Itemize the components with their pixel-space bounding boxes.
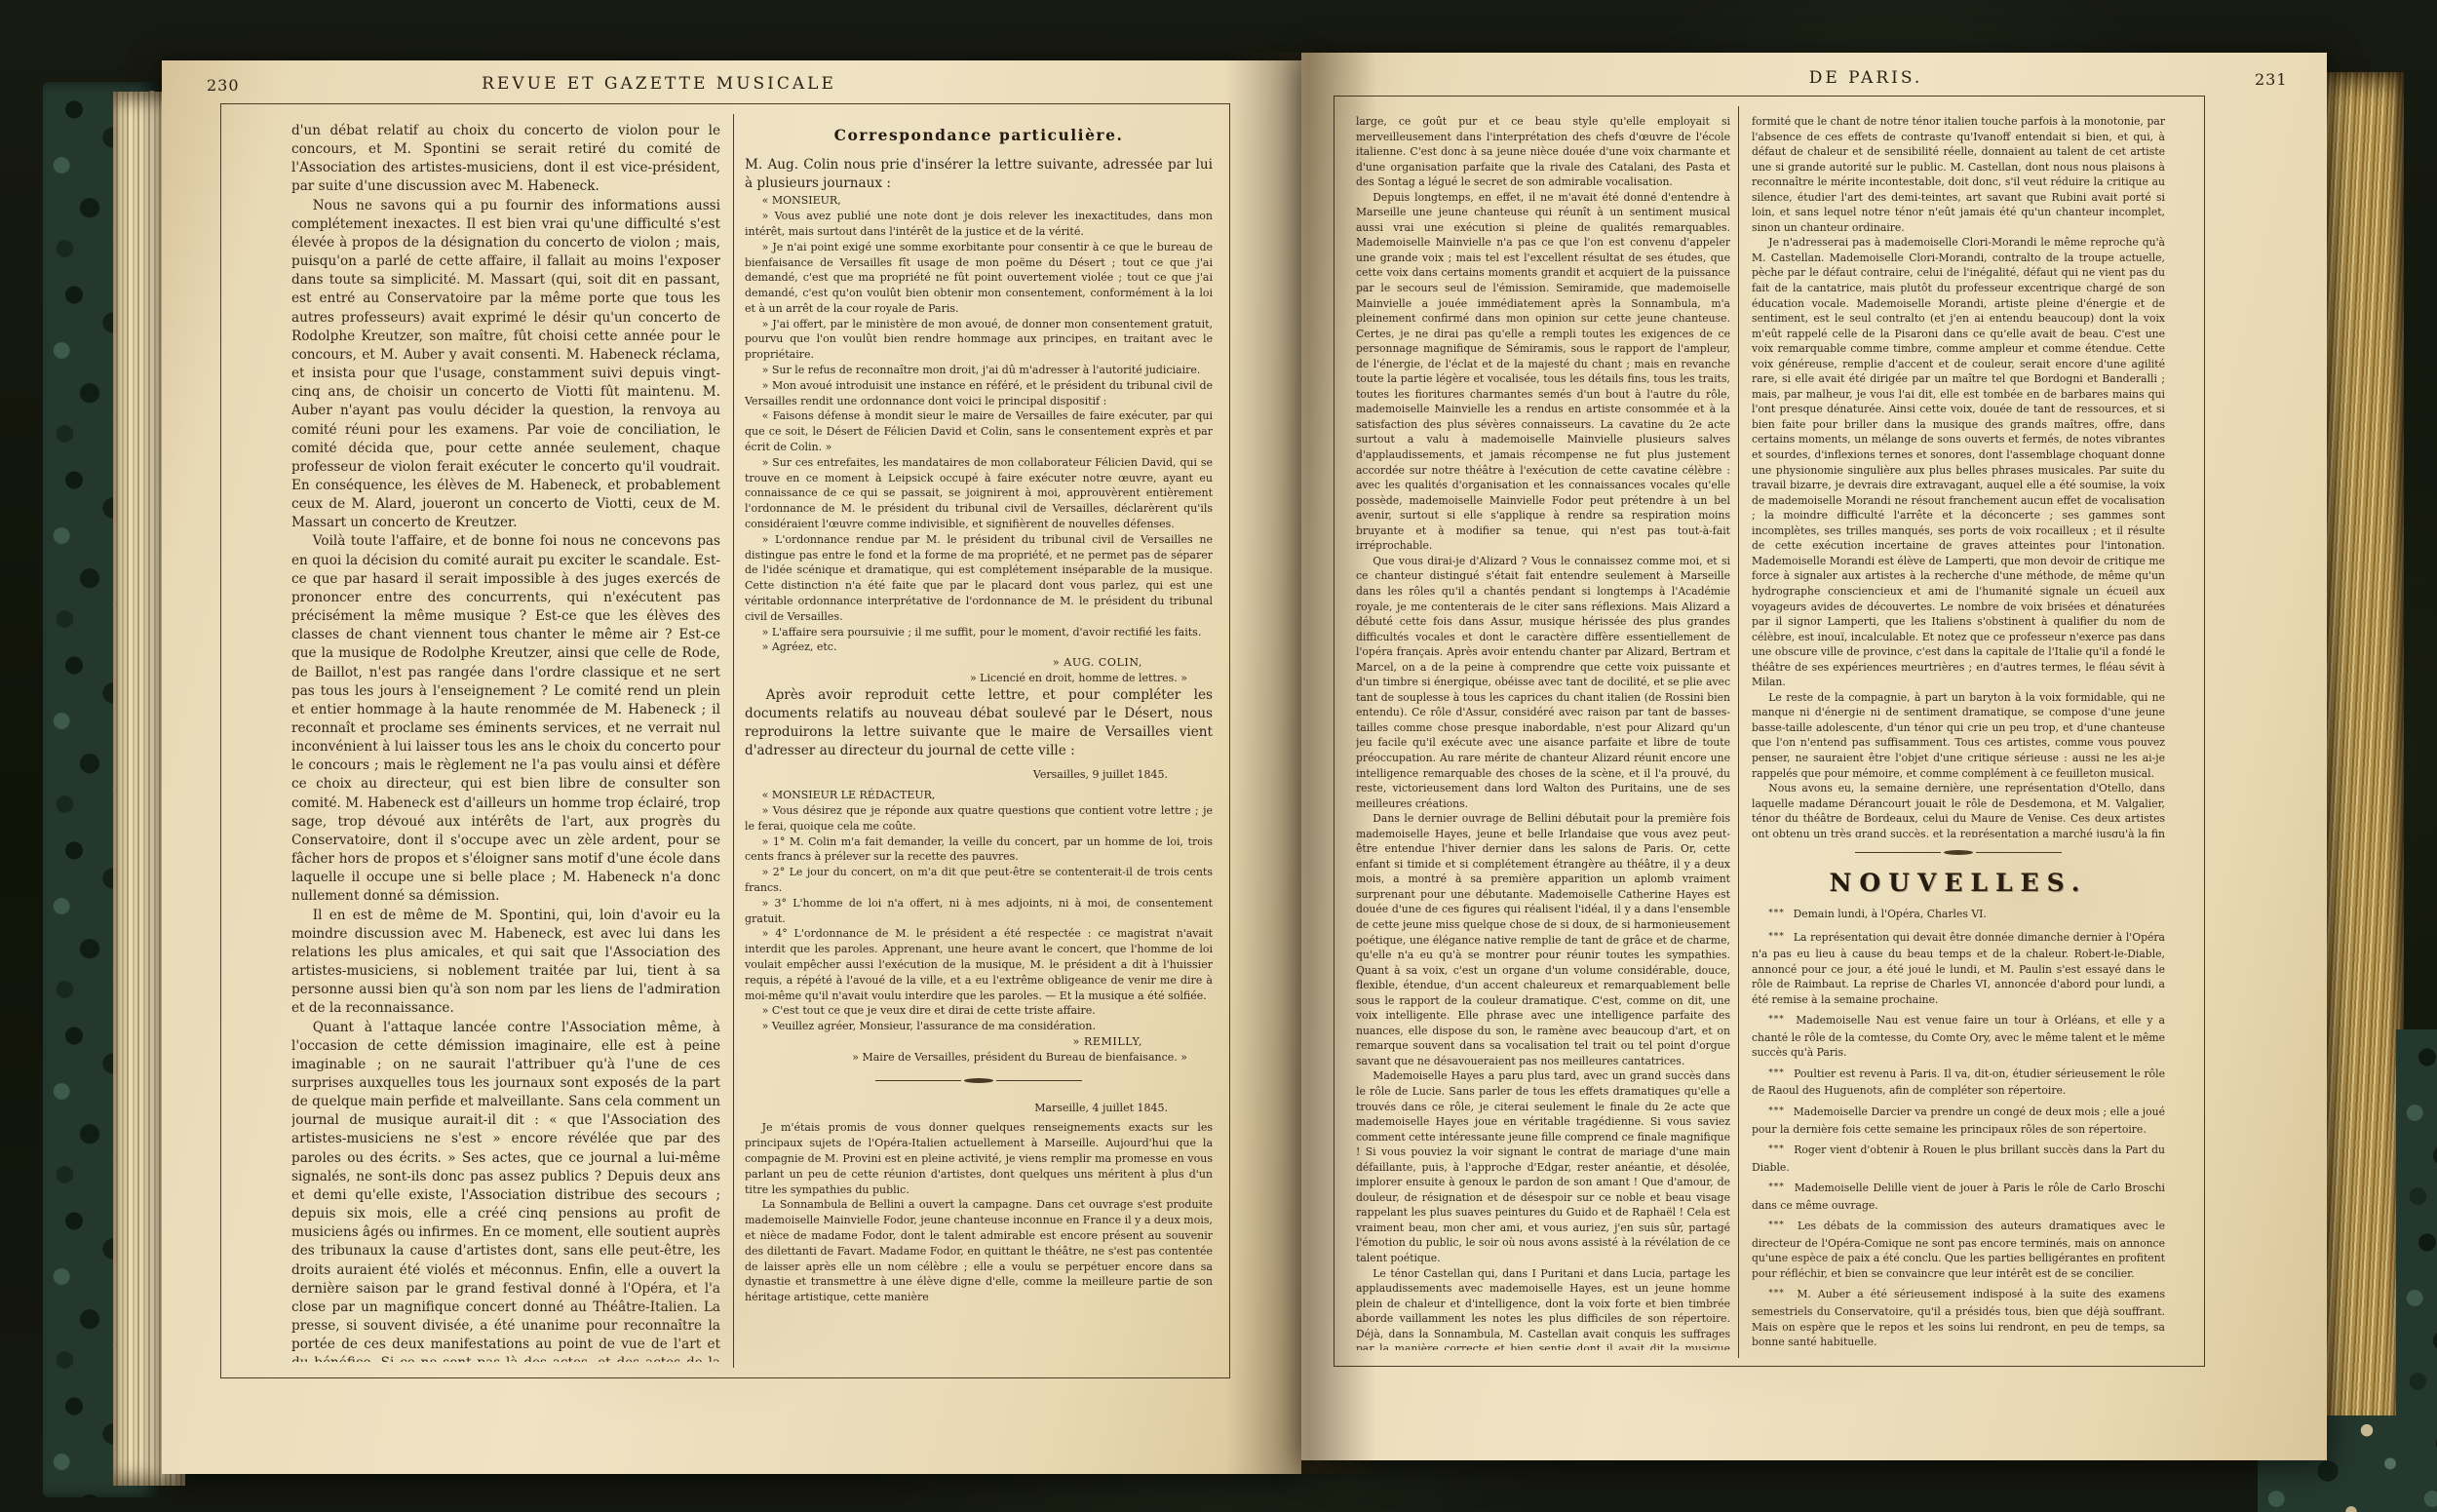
signature: » Licencié en droit, homme de lettres. » [745,671,1213,686]
paragraph: » Sur ces entrefaites, les mandataires d… [745,455,1213,532]
asterisk-marker-icon: *** [1768,1068,1789,1078]
marbled-cover-right [2396,1029,2437,1419]
paragraph: formité que le chant de notre ténor ital… [1752,114,2165,235]
paragraph: Quant à l'attaque lancée contre l'Associ… [291,1019,720,1363]
news-item: *** Poultier est revenu à Paris. Il va, … [1752,1066,2165,1099]
news-item: *** M. Auber a été sérieusement indispos… [1752,1287,2165,1349]
paragraph: Le ténor Castellan qui, dans I Puritani … [1356,1266,1730,1350]
column-left-1: d'un débat relatif au choix du concerto … [291,122,720,1362]
paragraph: » 2° Le jour du concert, on m'a dit que … [745,865,1213,896]
dateline: Marseille, 4 juillet 1845. [745,1094,1213,1121]
paragraph: Il en est de même de M. Spontini, qui, l… [291,907,720,1019]
divider-gem [964,1078,993,1083]
paragraph: Voilà toute l'affaire, et de bonne foi n… [291,532,720,906]
paragraph: M. Aug. Colin nous prie d'insérer la let… [745,156,1213,193]
page-left: 230 REVUE ET GAZETTE MUSICALE d'un débat… [162,60,1301,1474]
news-item: *** Mademoiselle Delille vient de jouer … [1752,1181,2165,1213]
paragraph: » C'est tout ce que je veux dire et dira… [745,1003,1213,1019]
divider-gem [1944,850,1973,855]
paragraph: Que vous dirai-je d'Alizard ? Vous le co… [1356,554,1730,811]
divider-ornament [745,1078,1213,1083]
paragraph: Mademoiselle Hayes a paru plus tard, ave… [1356,1068,1730,1265]
paragraph: » L'ordonnance rendue par M. le présiden… [745,532,1213,625]
nouvelles-section: NOUVELLES.*** Demain lundi, à l'Opéra, C… [1752,850,2165,1352]
paragraph: » Sur le refus de reconnaître mon droit,… [745,363,1213,378]
paragraph: » 1° M. Colin m'a fait demander, la veil… [745,834,1213,866]
column-rule [1738,106,1739,1358]
paragraph: » Vous désirez que je réponde aux quatre… [745,803,1213,834]
news-item: *** Les débats de la commission des aute… [1752,1219,2165,1281]
paragraph: d'un débat relatif au choix du concerto … [291,122,720,197]
paragraph: Dans le dernier ouvrage de Bellini début… [1356,811,1730,1068]
news-item: *** Roger vient d'obtenir à Rouen le plu… [1752,1143,2165,1175]
paragraph: » Agréez, etc. [745,640,1213,655]
paragraph: Nous avons eu, la semaine dernière, une … [1752,781,2165,837]
signature: » Maire de Versailles, président du Bure… [745,1050,1213,1066]
page-number-right: 231 [2255,70,2288,89]
section-heading: NOUVELLES. [1752,869,2165,897]
book-spread-photo: 230 REVUE ET GAZETTE MUSICALE d'un débat… [0,0,2437,1512]
text-frame-right: large, ce goût pur et ce beau style qu'e… [1334,96,2205,1367]
paragraph: » Mon avoué introduisit une instance en … [745,378,1213,409]
asterisk-marker-icon: *** [1768,1144,1789,1154]
paragraph: La Sonnambula de Bellini a ouvert la cam… [745,1197,1213,1305]
paragraph: « MONSIEUR LE RÉDACTEUR, [745,788,1213,803]
gilt-fore-edge-right [2324,72,2404,1445]
running-head-left: REVUE ET GAZETTE MUSICALE [220,74,1098,94]
asterisk-marker-icon: *** [1768,1289,1792,1299]
paragraph: Depuis longtemps, en effet, il ne m'avai… [1356,190,1730,554]
divider-line [996,1080,1082,1081]
asterisk-marker-icon: *** [1768,1182,1789,1192]
paragraph: Après avoir reproduit cette lettre, et p… [745,686,1213,761]
news-item: *** La représentation qui devait être do… [1752,930,2165,1008]
running-head-right: DE PARIS. [1431,68,2301,88]
signature: » AUG. COLIN, [745,655,1213,671]
page-right: DE PARIS. 231 large, ce goût pur et ce b… [1301,53,2327,1460]
column-right-2: formité que le chant de notre ténor ital… [1752,114,2165,1352]
divider-line [1855,852,1941,853]
paragraph: » 4° L'ordonnance de M. le président a é… [745,926,1213,1003]
paragraph: » 3° L'homme de loi n'a offert, ni à mes… [745,896,1213,927]
paragraph: Je m'étais promis de vous donner quelque… [745,1120,1213,1197]
column-left-2: Correspondance particulière.M. Aug. Coli… [745,114,1213,1364]
column-rule [733,114,734,1368]
paragraph: « Faisons défense à mondit sieur le mair… [745,408,1213,454]
text-frame-left: d'un débat relatif au choix du concerto … [220,103,1230,1378]
signature: » REMILLY, [745,1034,1213,1050]
paragraph: Nous ne savons qui a pu fournir des info… [291,197,720,533]
asterisk-marker-icon: *** [1768,932,1789,942]
paragraph: « MONSIEUR, [745,193,1213,209]
asterisk-marker-icon: *** [1768,1221,1793,1230]
column-right-1: large, ce goût pur et ce beau style qu'e… [1356,114,1730,1350]
paragraph: Je n'adresserai pas à mademoiselle Clori… [1752,235,2165,689]
news-item: *** Mademoiselle Nau est venue faire un … [1752,1013,2165,1061]
divider-line [875,1080,961,1081]
dateline: Versailles, 9 juillet 1845. [745,760,1213,788]
asterisk-marker-icon: *** [1768,1015,1791,1025]
divider-ornament [1752,850,2165,855]
paragraph: » Veuillez agréer, Monsieur, l'assurance… [745,1019,1213,1034]
section-heading: Correspondance particulière. [745,126,1213,144]
paragraph: » L'affaire sera poursuivie ; il me suff… [745,625,1213,640]
paragraph: » J'ai offert, par le ministère de mon a… [745,317,1213,363]
news-item: *** Demain lundi, à l'Opéra, Charles VI. [1752,907,2165,924]
asterisk-marker-icon: *** [1768,909,1788,918]
paragraph: large, ce goût pur et ce beau style qu'e… [1356,114,1730,190]
feuilleton-continuation: formité que le chant de notre ténor ital… [1752,114,2165,837]
paragraph: » Je n'ai point exigé une somme exorbita… [745,240,1213,317]
asterisk-marker-icon: *** [1768,1106,1788,1116]
paragraph: » Vous avez publié une note dont je dois… [745,209,1213,240]
divider-line [1976,852,2062,853]
news-item: *** Mademoiselle Darcier va prendre un c… [1752,1105,2165,1137]
paragraph: Le reste de la compagnie, à part un bary… [1752,690,2165,781]
